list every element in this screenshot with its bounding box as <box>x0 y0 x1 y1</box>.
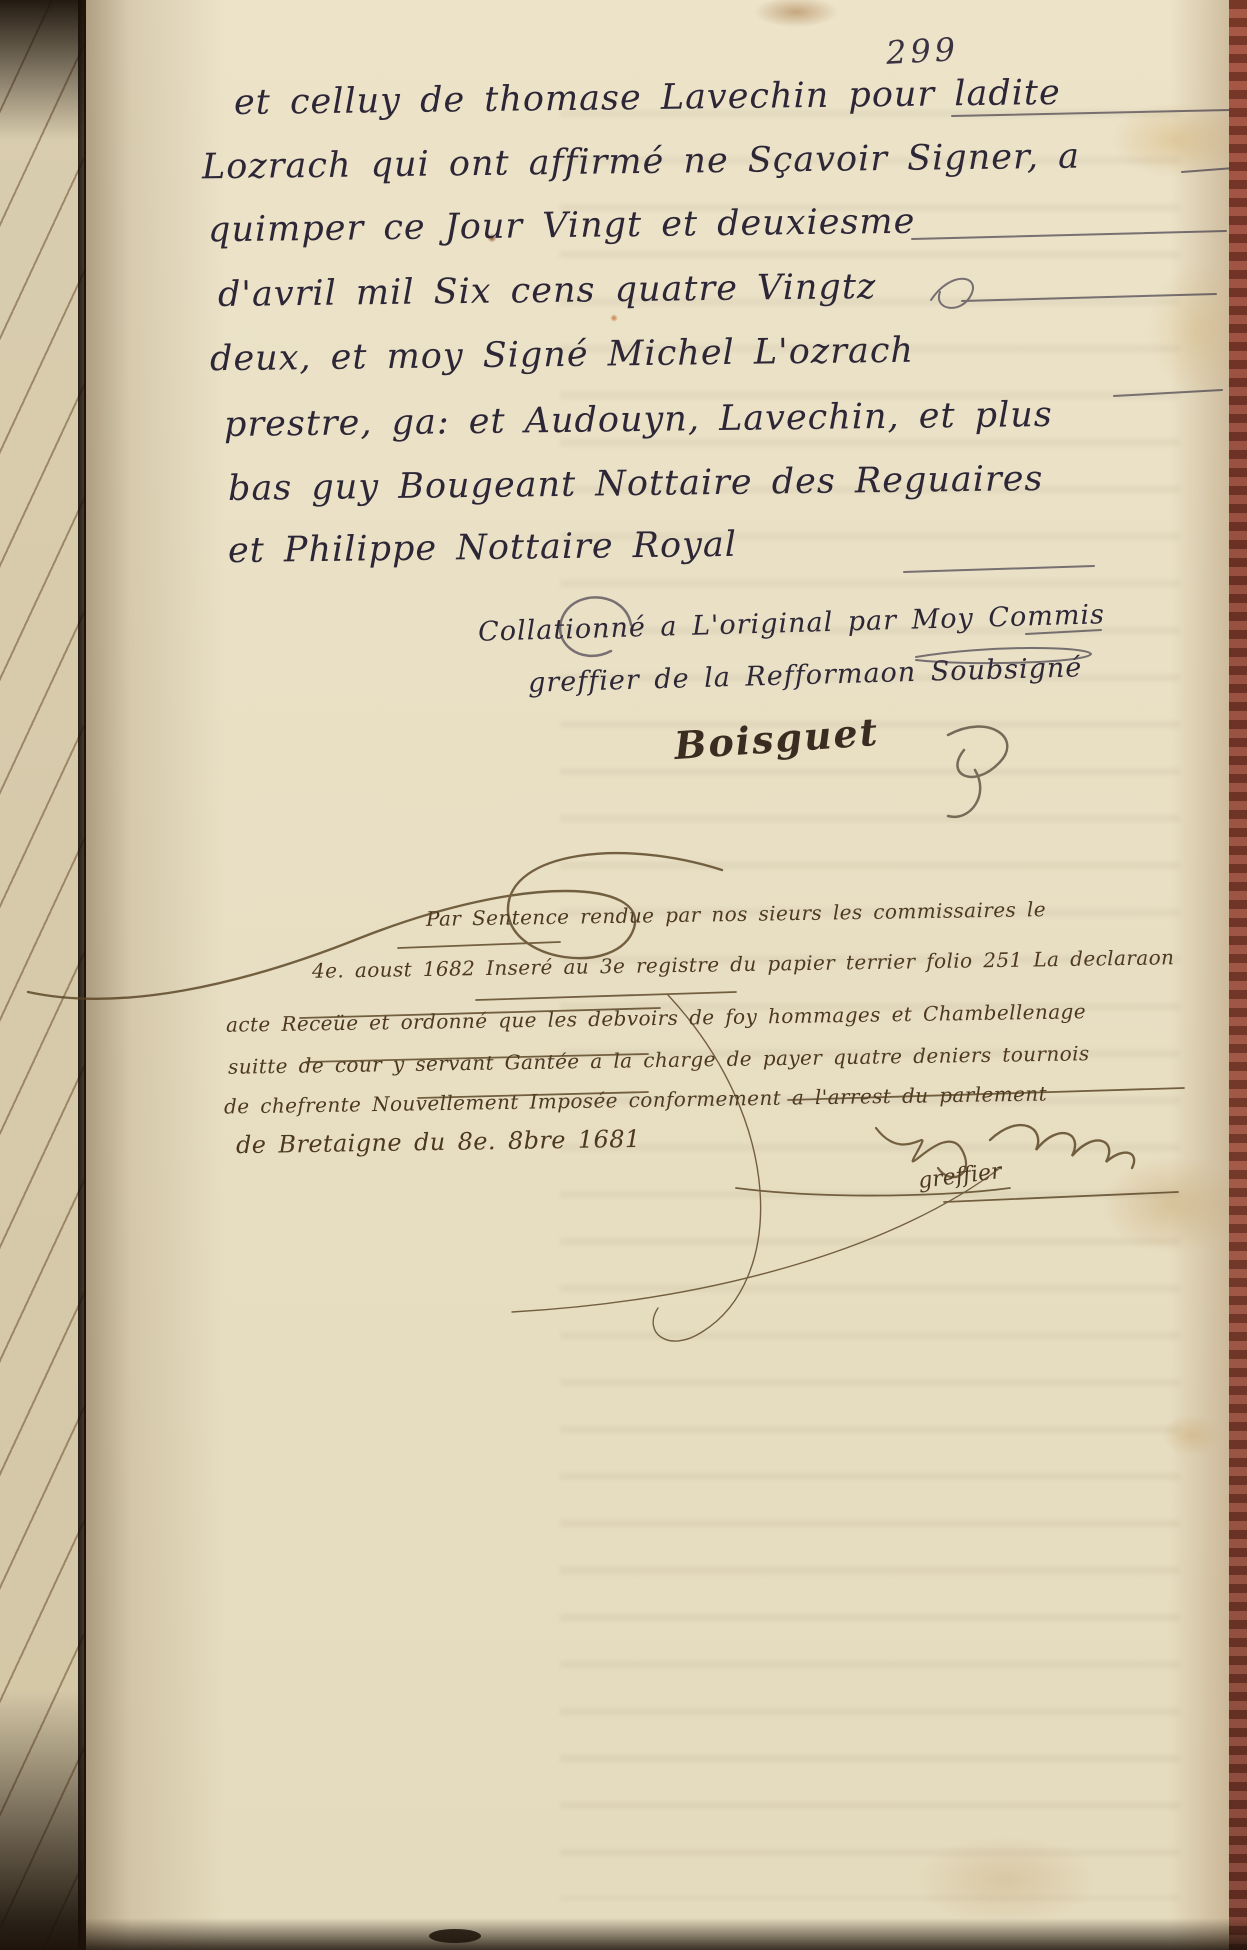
folio-number: 299 <box>885 30 960 72</box>
book-edge-red <box>1229 0 1247 1950</box>
verso-bleed-through <box>560 70 1180 1900</box>
underlying-ruled-page-edge <box>0 0 84 1950</box>
manuscript-scan: 299 et celluy de thomase Lavechin pour l… <box>0 0 1247 1950</box>
scan-bottom-shadow <box>0 1918 1247 1950</box>
